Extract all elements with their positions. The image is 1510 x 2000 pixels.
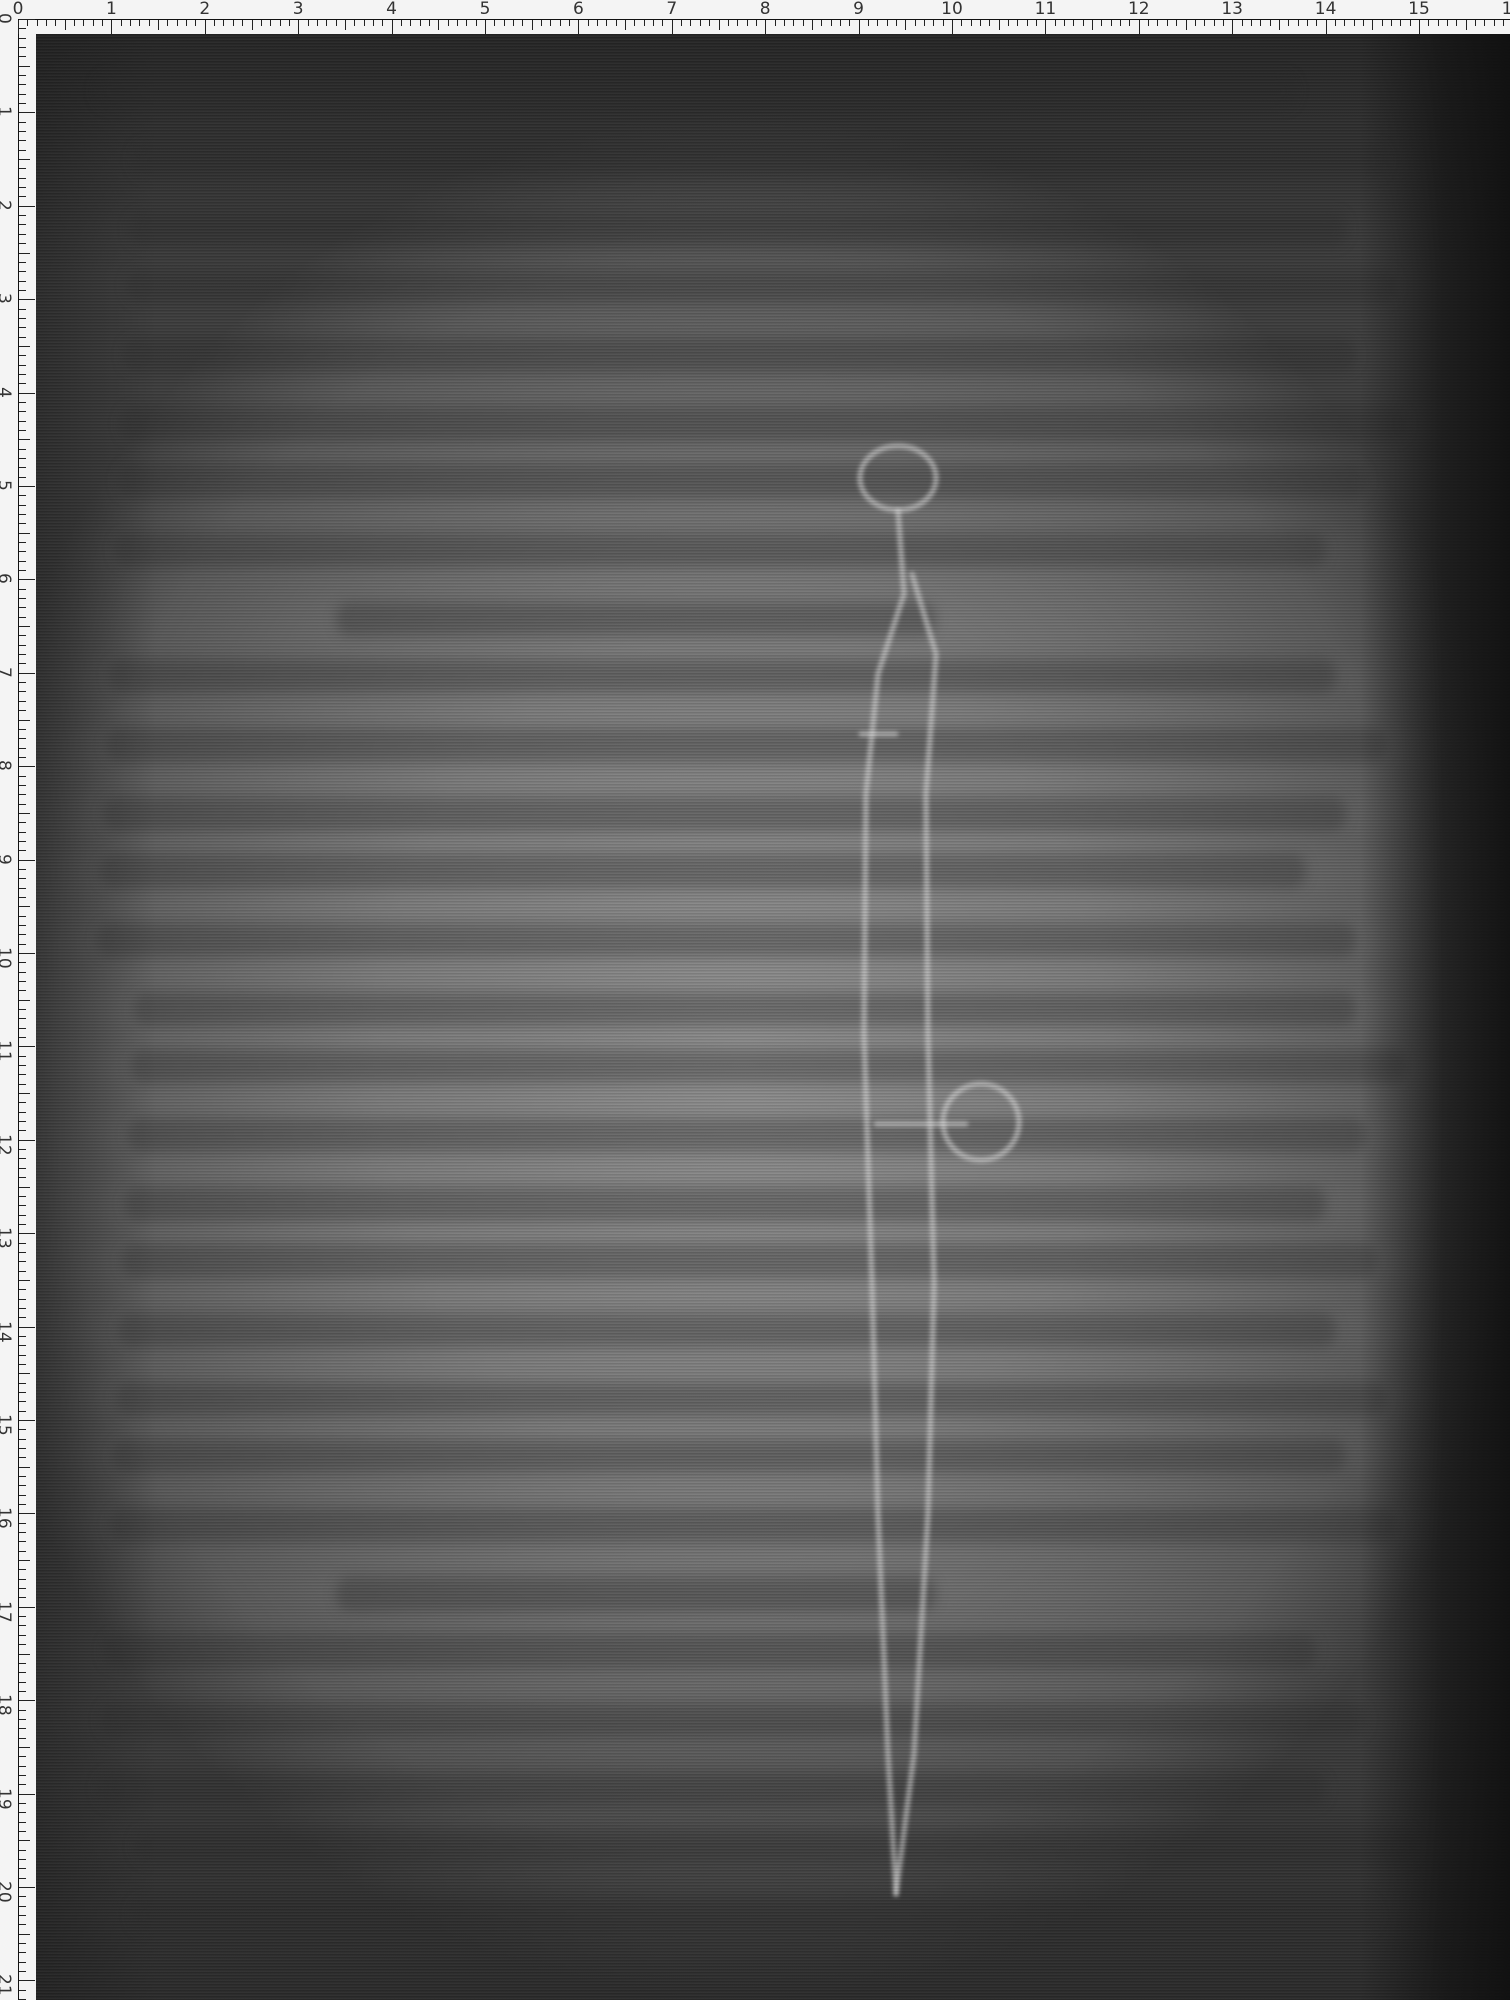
ruler-label-v: 14 — [0, 1321, 14, 1343]
ruler-tick — [19, 1728, 26, 1729]
ruler-tick — [1027, 20, 1028, 26]
ruler-tick — [19, 477, 26, 478]
ruler-tick — [19, 1700, 35, 1701]
ruler-tick — [1260, 20, 1261, 26]
ruler-label-h: 3 — [293, 0, 304, 19]
ruler-label-v: 12 — [0, 1134, 14, 1156]
ruler-tick — [513, 20, 514, 26]
ruler-tick — [1382, 20, 1383, 26]
ruler-tick — [336, 20, 337, 26]
ruler-tick — [1167, 20, 1168, 26]
ruler-label-h: 11 — [1035, 0, 1057, 19]
ruler-tick — [19, 318, 26, 319]
ruler-tick — [1326, 20, 1327, 34]
ruler-tick — [19, 1980, 35, 1981]
ruler-tick — [19, 122, 26, 123]
ruler-tick — [1008, 20, 1009, 26]
ruler-tick — [19, 850, 26, 851]
ruler-tick — [989, 20, 990, 26]
ruler-tick — [877, 20, 878, 26]
ruler-tick — [19, 1710, 26, 1711]
ruler-tick — [1354, 20, 1355, 26]
ruler-tick — [1335, 20, 1336, 26]
ruler-tick — [896, 20, 897, 26]
ruler-label-v: 13 — [0, 1227, 14, 1249]
ruler-tick — [1214, 20, 1215, 26]
ruler-label-h: 13 — [1221, 0, 1243, 19]
ruler-tick — [19, 1682, 26, 1683]
ruler-label-v: 5 — [0, 480, 14, 491]
ruler-tick — [19, 327, 26, 328]
ruler-tick — [19, 953, 35, 954]
ruler-tick — [37, 20, 38, 26]
ruler-label-h: 7 — [666, 0, 677, 19]
ruler-tick — [19, 1252, 26, 1253]
ruler-tick — [139, 20, 140, 26]
ruler-tick — [728, 20, 729, 26]
ruler-tick — [195, 20, 196, 26]
ruler-tick — [569, 20, 570, 26]
ruler-tick — [19, 589, 26, 590]
ruler-label-v: 21 — [0, 1974, 14, 1996]
ruler-tick — [1036, 20, 1037, 26]
ruler-tick — [19, 533, 30, 534]
ruler-label-v: 16 — [0, 1507, 14, 1529]
ruler-tick — [19, 925, 26, 926]
ruler-tick — [19, 1158, 26, 1159]
ruler-tick — [19, 1317, 26, 1318]
ruler-tick — [19, 1896, 26, 1897]
ruler-tick — [19, 1299, 26, 1300]
ruler-tick — [1279, 20, 1280, 30]
ruler-tick — [1017, 20, 1018, 26]
ruler-tick — [19, 1635, 26, 1636]
ruler-tick — [662, 20, 663, 26]
ruler-tick — [19, 1065, 26, 1066]
ruler-tick — [167, 20, 168, 26]
ruler-tick — [803, 20, 804, 26]
ruler-tick — [915, 20, 916, 26]
ruler-tick — [19, 1859, 26, 1860]
ruler-tick — [971, 20, 972, 26]
ruler-tick — [186, 20, 187, 26]
ruler-tick — [1438, 20, 1439, 26]
ruler-tick — [19, 776, 26, 777]
ruler-tick — [1419, 20, 1420, 34]
ruler-tick — [19, 355, 26, 356]
ruler-tick — [19, 1046, 35, 1047]
ruler-tick — [19, 1551, 26, 1552]
ruler-tick — [1073, 20, 1074, 26]
ruler-tick — [19, 439, 30, 440]
ruler-tick — [46, 20, 47, 26]
ruler-tick — [606, 20, 607, 26]
ruler-tick — [19, 654, 26, 655]
ruler-tick — [952, 20, 953, 34]
ruler-tick — [19, 150, 26, 151]
ruler-tick — [821, 20, 822, 26]
ruler-tick — [19, 523, 26, 524]
ruler-tick — [765, 20, 766, 34]
ruler-tick — [298, 20, 299, 34]
ruler-tick — [19, 1411, 26, 1412]
ruler-tick — [19, 1840, 30, 1841]
ruler-tick — [19, 196, 26, 197]
ruler-tick — [429, 20, 430, 26]
ruler-label-v: 20 — [0, 1881, 14, 1903]
ruler-tick — [19, 1784, 26, 1785]
ruler-tick — [1410, 20, 1411, 26]
ruler-tick — [19, 168, 26, 169]
ruler-tick — [19, 1289, 26, 1290]
ruler-tick — [1139, 20, 1140, 34]
ruler-tick — [737, 20, 738, 26]
ruler-tick — [793, 20, 794, 26]
ruler-tick — [1101, 20, 1102, 26]
ruler-tick — [289, 20, 290, 26]
ruler-tick — [1232, 20, 1233, 34]
ruler-tick — [19, 1168, 26, 1169]
ruler-tick — [19, 1018, 26, 1019]
ruler-tick — [1428, 20, 1429, 26]
ruler-tick — [578, 20, 579, 34]
ruler-tick — [19, 673, 35, 674]
ruler-label-v: 17 — [0, 1601, 14, 1623]
ruler-tick — [19, 934, 26, 935]
ruler-tick — [19, 561, 26, 562]
ruler-tick — [756, 20, 757, 26]
ruler-tick — [19, 1803, 26, 1804]
ruler-tick — [19, 1056, 26, 1057]
ruler-tick — [19, 131, 26, 132]
ruler-tick — [19, 1915, 26, 1916]
ruler-tick — [19, 841, 26, 842]
ruler-tick — [19, 299, 35, 300]
ruler-tick — [1316, 20, 1317, 26]
ruler-tick — [19, 1149, 26, 1150]
ruler-tick — [364, 20, 365, 26]
ruler-tick — [19, 1243, 26, 1244]
ruler-tick — [19, 579, 35, 580]
ruler-tick — [280, 20, 281, 26]
ruler-tick — [19, 159, 30, 160]
ruler-tick — [19, 206, 35, 207]
ruler-tick — [616, 20, 617, 26]
ruler-tick — [19, 944, 26, 945]
ruler-tick — [19, 1102, 26, 1103]
ruler-tick — [233, 20, 234, 26]
ruler-tick — [868, 20, 869, 26]
ruler-tick — [905, 20, 906, 30]
ruler-tick — [19, 1952, 26, 1953]
ruler-tick — [19, 1457, 26, 1458]
ruler-tick — [19, 421, 26, 422]
ruler-tick — [19, 1878, 26, 1879]
ruler-tick — [19, 1420, 35, 1421]
ruler-tick — [19, 635, 26, 636]
ruler-tick — [19, 1355, 26, 1356]
ruler-tick — [420, 20, 421, 26]
ruler-tick — [74, 20, 75, 26]
ruler-tick — [19, 1028, 26, 1029]
ruler-tick — [849, 20, 850, 26]
ruler-tick — [19, 467, 26, 468]
ruler-tick — [1251, 20, 1252, 26]
ruler-tick — [392, 20, 393, 34]
ruler-tick — [19, 1429, 26, 1430]
ruler-label-v: 15 — [0, 1414, 14, 1436]
ruler-tick — [1298, 20, 1299, 26]
ruler-tick — [1092, 20, 1093, 30]
ruler-tick — [924, 20, 925, 26]
ruler-tick — [19, 1672, 26, 1673]
ruler-tick — [19, 1177, 26, 1178]
ruler-tick — [19, 1990, 26, 1991]
ruler-tick — [1307, 20, 1308, 26]
ruler-tick — [532, 20, 533, 30]
ruler-tick — [19, 1037, 26, 1038]
ruler-tick — [19, 1971, 26, 1972]
ruler-tick — [19, 1822, 26, 1823]
ruler-tick — [19, 860, 35, 861]
ruler-tick — [672, 20, 673, 34]
ruler-tick — [1503, 20, 1504, 26]
ruler-tick — [19, 253, 30, 254]
ruler-tick — [19, 682, 26, 683]
ruler-tick — [19, 1523, 26, 1524]
ruler-tick — [19, 1756, 26, 1757]
ruler-tick — [466, 20, 467, 26]
ruler-tick — [1484, 20, 1485, 26]
ruler-tick — [19, 663, 26, 664]
ruler-tick — [19, 243, 26, 244]
ruler-tick — [961, 20, 962, 26]
ruler-tick — [19, 1401, 26, 1402]
ruler-tick — [19, 1541, 26, 1542]
ruler-tick — [19, 1485, 26, 1486]
ruler-tick — [1055, 20, 1056, 26]
ruler-label-h: 14 — [1315, 0, 1337, 19]
ruler-tick — [1120, 20, 1121, 26]
ruler-tick — [19, 972, 26, 973]
ruler-label-v: 3 — [0, 293, 14, 304]
ruler-tick — [19, 962, 26, 963]
ruler-tick — [19, 1831, 26, 1832]
ruler-tick — [65, 20, 66, 30]
ruler-tick — [130, 20, 131, 26]
ruler-tick — [19, 1439, 26, 1440]
ruler-tick — [270, 20, 271, 26]
manuscript-scan — [36, 34, 1510, 2000]
ruler-tick — [19, 337, 26, 338]
ruler-tick — [1372, 20, 1373, 30]
ruler-tick — [19, 748, 26, 749]
ruler-tick — [19, 720, 30, 721]
ruler-tick — [19, 402, 26, 403]
ruler-tick — [19, 365, 26, 366]
ruler-tick — [1157, 20, 1158, 26]
ruler-tick — [19, 570, 26, 571]
ruler-tick — [840, 20, 841, 26]
ruler-tick — [1475, 20, 1476, 26]
ruler-tick — [485, 20, 486, 34]
ruler-tick — [19, 1691, 26, 1692]
ruler-tick — [625, 20, 626, 30]
ruler-tick — [1223, 20, 1224, 26]
ruler-tick — [19, 1336, 26, 1337]
vignette-right — [1360, 34, 1510, 2000]
ruler-tick — [19, 710, 26, 711]
ruler-tick — [19, 1588, 26, 1589]
ruler-tick — [19, 1597, 26, 1598]
ruler-label-h: 15 — [1408, 0, 1430, 19]
ruler-tick — [177, 20, 178, 26]
ruler-tick — [1400, 20, 1401, 26]
ruler-tick — [19, 981, 26, 982]
ruler-tick — [597, 20, 598, 26]
ruler-tick — [308, 20, 309, 26]
ruler-tick — [317, 20, 318, 26]
ruler-tick — [18, 20, 19, 34]
ruler-label-h: 6 — [573, 0, 584, 19]
ruler-tick — [1129, 20, 1130, 26]
ruler-tick — [19, 1747, 30, 1748]
ruler-tick — [19, 1280, 30, 1281]
ruler-label-h: 10 — [941, 0, 963, 19]
ruler-tick — [933, 20, 934, 26]
ruler-tick — [690, 20, 691, 26]
ruler-tick — [19, 1215, 26, 1216]
ruler-tick — [19, 878, 26, 879]
ruler-tick — [19, 1140, 35, 1141]
ruler-tick — [504, 20, 505, 26]
ruler-tick — [19, 1625, 26, 1626]
ruler-tick — [19, 84, 26, 85]
ruler-label-h: 2 — [199, 0, 210, 19]
ruler-tick — [19, 1345, 26, 1346]
ruler-tick — [448, 20, 449, 26]
ruler-tick — [859, 20, 860, 34]
ruler-tick — [121, 20, 122, 26]
ruler-tick — [19, 19, 35, 20]
ruler-tick — [19, 47, 26, 48]
ruler-tick — [19, 1000, 30, 1001]
ruler-tick — [812, 20, 813, 30]
ruler-tick — [19, 888, 26, 889]
ruler-tick — [19, 1495, 26, 1496]
ruler-tick — [223, 20, 224, 26]
ruler-tick — [19, 1009, 26, 1010]
ruler-tick — [19, 607, 26, 608]
ruler-tick — [401, 20, 402, 26]
ruler-tick — [1447, 20, 1448, 26]
ruler-tick — [1391, 20, 1392, 26]
ruler-tick — [747, 20, 748, 26]
ruler-tick — [541, 20, 542, 26]
ruler-tick — [19, 645, 26, 646]
ruler-tick — [19, 1560, 30, 1561]
ruler-tick — [19, 75, 26, 76]
ruler-tick — [373, 20, 374, 26]
ruler-label-h: 5 — [480, 0, 491, 19]
ruler-tick — [19, 1383, 26, 1384]
ruler-tick — [19, 1187, 30, 1188]
ruler-tick — [1064, 20, 1065, 26]
ruler-label-v: 1 — [0, 106, 14, 117]
ruler-tick — [494, 20, 495, 26]
ruler-tick — [19, 393, 35, 394]
ruler-tick — [19, 514, 26, 515]
ruler-tick — [1363, 20, 1364, 26]
ruler-label-h: 0 — [13, 0, 24, 19]
ruler-tick — [438, 20, 439, 30]
ruler-tick — [644, 20, 645, 26]
ruler-label-v: 7 — [0, 667, 14, 678]
ruler-tick — [19, 1261, 26, 1262]
horizontal-ruler — [0, 0, 1510, 34]
ruler-tick — [19, 1121, 26, 1122]
ruler-tick — [19, 1224, 26, 1225]
ruler-tick — [588, 20, 589, 26]
ruler-tick — [1195, 20, 1196, 26]
ruler-tick — [719, 20, 720, 30]
ruler-tick — [19, 1364, 26, 1365]
ruler-tick — [19, 738, 26, 739]
ruler-tick — [560, 20, 561, 26]
ruler-tick — [775, 20, 776, 26]
ruler-tick — [634, 20, 635, 26]
ruler-tick — [19, 430, 26, 431]
ruler-tick — [19, 1962, 26, 1963]
ruler-tick — [326, 20, 327, 26]
ruler-tick — [700, 20, 701, 26]
ruler-tick — [19, 1205, 26, 1206]
ruler-tick — [102, 20, 103, 26]
ruler-tick — [19, 1850, 26, 1851]
ruler-tick — [19, 66, 30, 67]
ruler-tick — [19, 1112, 26, 1113]
ruler-tick — [887, 20, 888, 26]
ruler-tick — [457, 20, 458, 26]
ruler-tick — [19, 766, 35, 767]
ruler-tick — [19, 505, 26, 506]
ruler-tick — [784, 20, 785, 26]
ruler-tick — [19, 832, 26, 833]
ruler-tick — [93, 20, 94, 26]
ruler-tick — [19, 1373, 30, 1374]
ruler-tick — [19, 1943, 26, 1944]
ruler-label-h: 16 — [1502, 0, 1510, 19]
ruler-tick — [19, 1504, 26, 1505]
ruler-tick — [709, 20, 710, 26]
ruler-tick — [1494, 20, 1495, 26]
ruler-tick — [19, 112, 35, 113]
ruler-tick — [354, 20, 355, 26]
ruler-tick — [19, 1569, 26, 1570]
ruler-label-v: 11 — [0, 1040, 14, 1062]
ruler-tick — [19, 486, 35, 487]
ruler-tick — [19, 1738, 26, 1739]
ruler-label-v: 2 — [0, 200, 14, 211]
ruler-tick — [242, 20, 243, 26]
ruler-label-h: 12 — [1128, 0, 1150, 19]
ruler-tick — [19, 28, 26, 29]
ruler-tick — [19, 1812, 26, 1813]
ruler-tick — [19, 701, 26, 702]
ruler-tick — [27, 20, 28, 26]
ruler-tick — [1288, 20, 1289, 26]
ruler-tick — [19, 1579, 26, 1580]
